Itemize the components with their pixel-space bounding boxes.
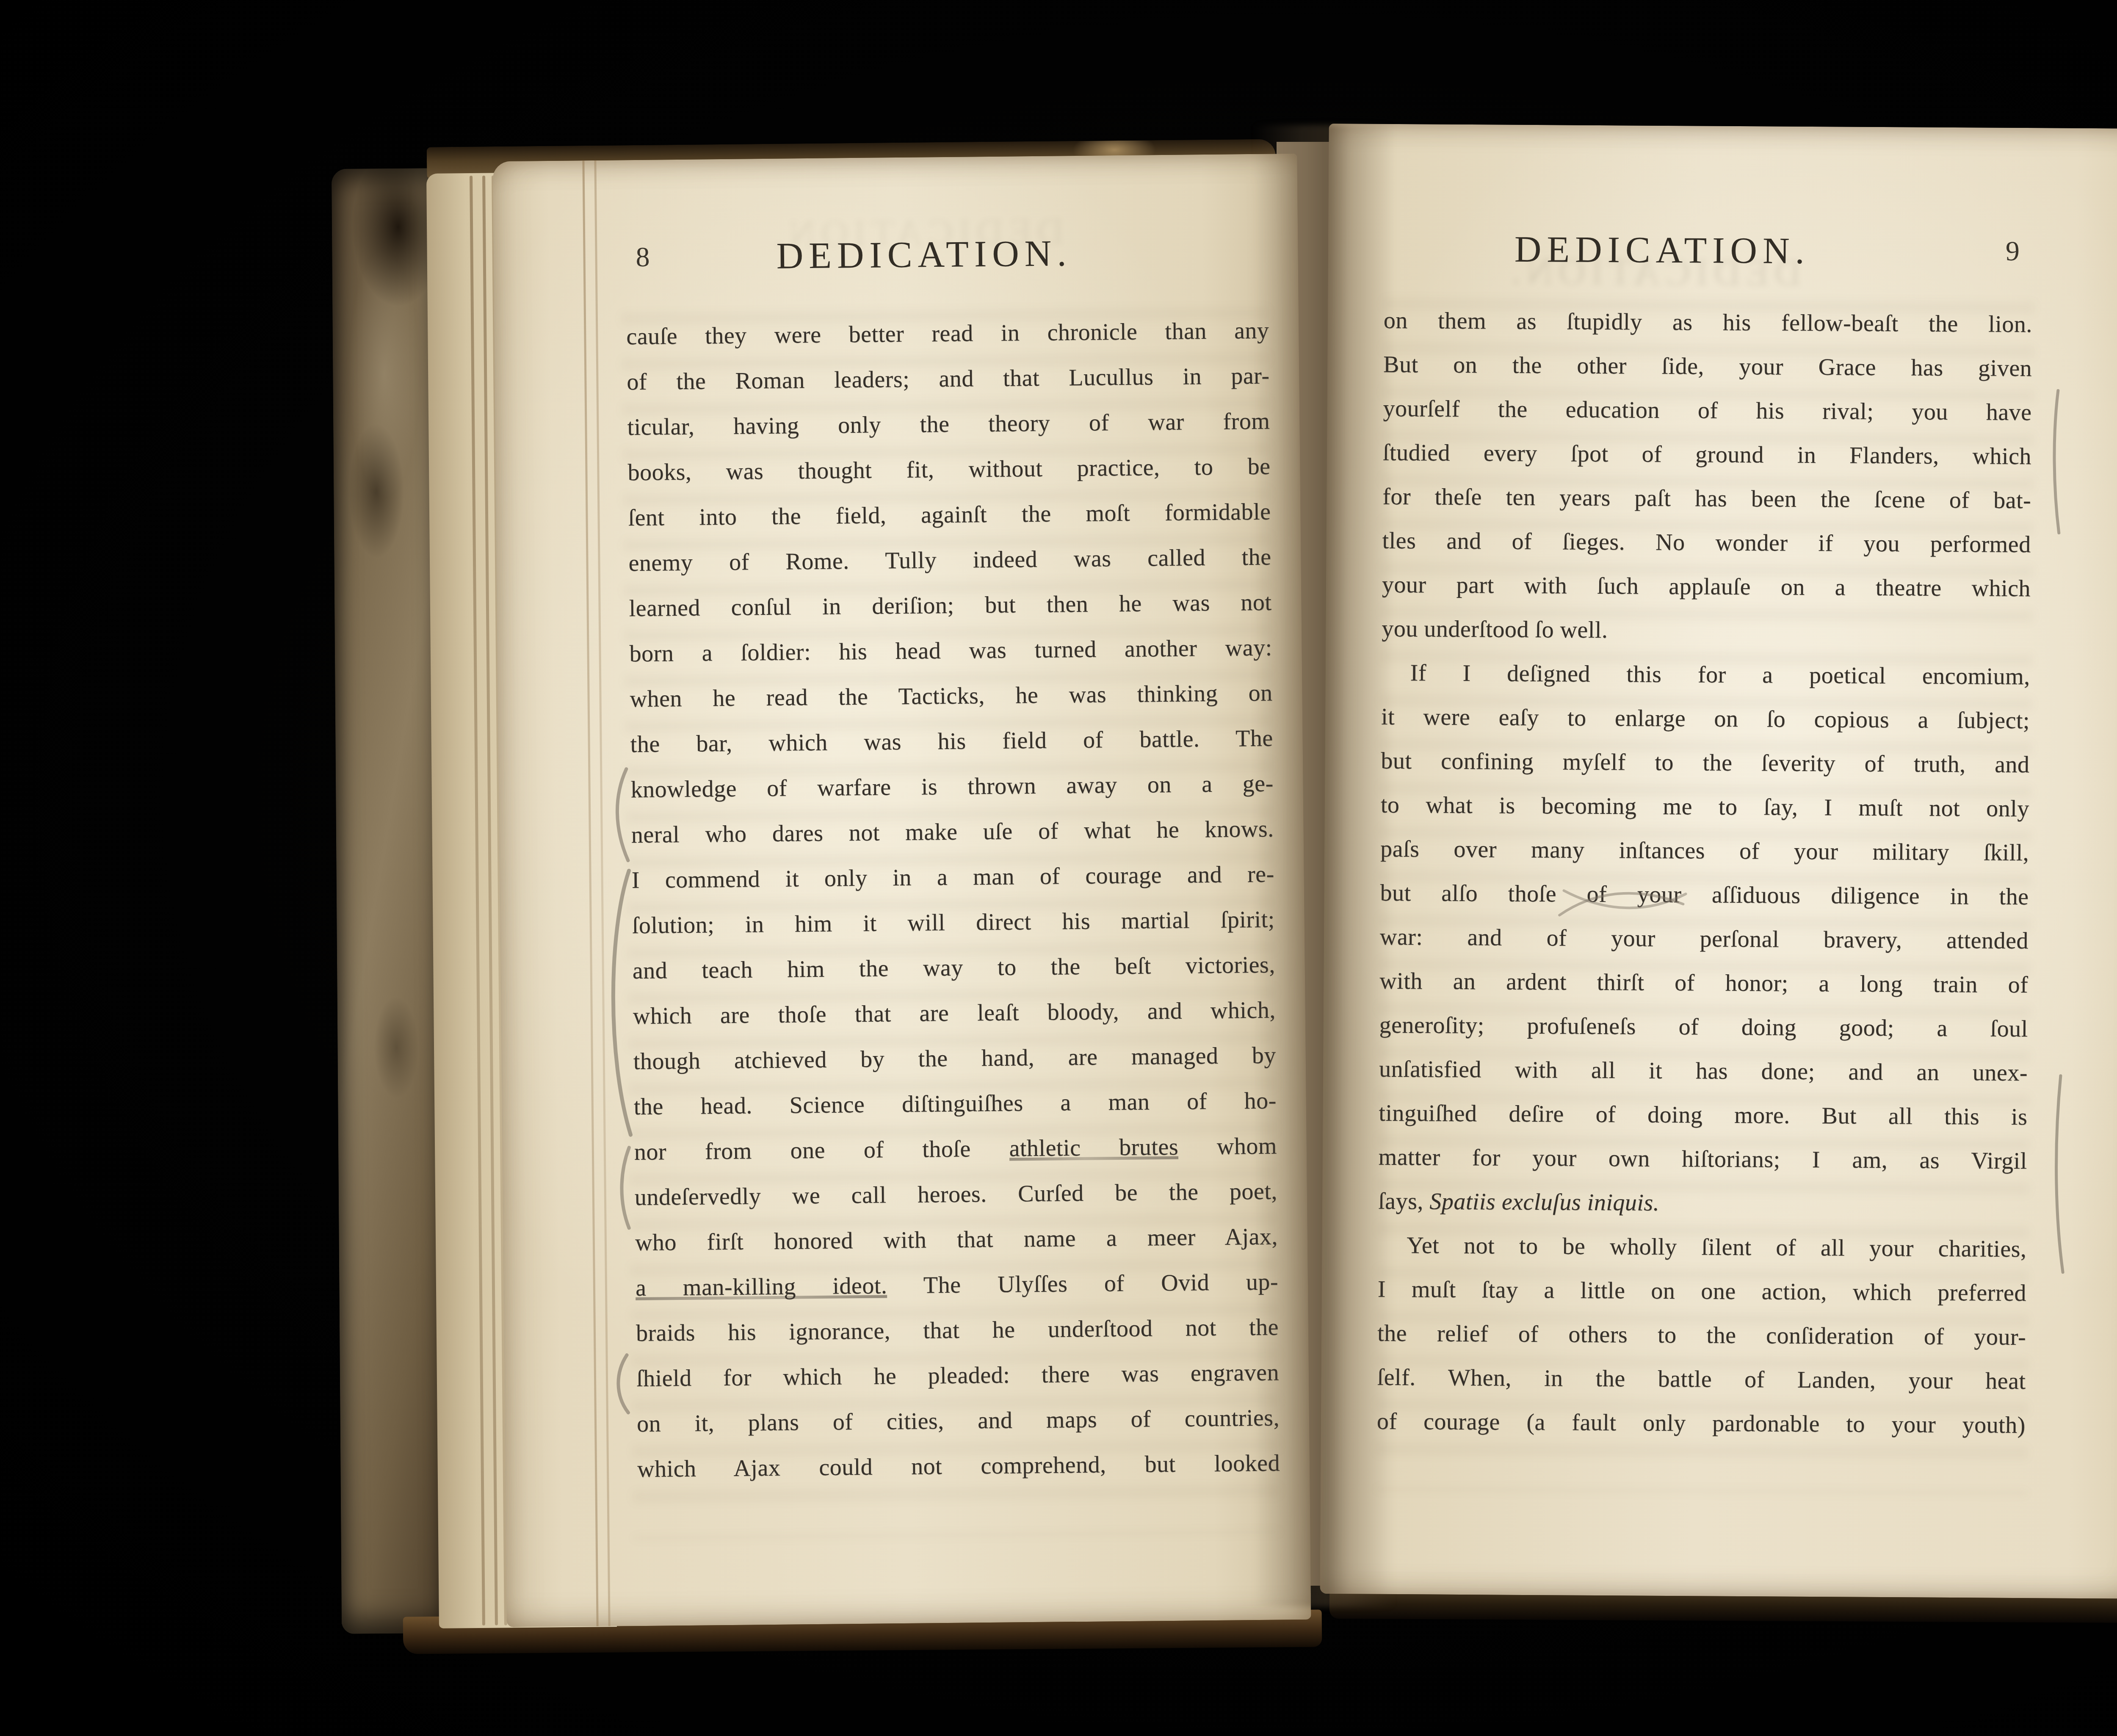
text-line: born a ſoldier: his head was turned anot… [629,625,1272,677]
text-segment: neral who dares not make uſe of what he … [631,816,1274,849]
pencil-margin-bracket [617,769,628,860]
text-line: generoſity; profuſeneſs of doing good; a… [1379,1003,2028,1051]
text-segment: ſhield for which he pleaded: there was e… [636,1360,1280,1392]
text-line: ſelf. When, in the battle of Landen, you… [1377,1355,2026,1403]
text-line: which Ajax could not comprehend, but loo… [637,1440,1280,1492]
page-number-left: 8 [636,241,651,274]
text-segment: I commend it only in a man of courage an… [631,861,1274,894]
text-line: on them as ſtupidly as his fellow-beaſt … [1383,299,2032,346]
text-line: enemy of Rome. Tully indeed was called t… [628,535,1271,586]
right-page: DEDICATION. DEDICATION. 9 on them as ſtu… [1320,124,2117,1599]
text-segment: The Ulyſſes of Ovid up- [887,1269,1278,1299]
text-line: tles and of ſieges. No wonder if you per… [1382,519,2031,567]
text-segment: for theſe ten years paſt has been the ſc… [1382,484,2031,514]
text-segment: matter for your own hiſtorians; I am, as… [1379,1144,2027,1174]
text-segment: Yet not to be wholly ſilent of all your … [1407,1232,2026,1262]
text-line: paſs over many inſtances of your militar… [1380,827,2029,875]
pencil-margin-bracket [622,1147,630,1228]
text-segment: when he read the Tacticks, he was thinki… [630,680,1273,713]
text-line: If I deſigned this for a poetical encomi… [1381,651,2030,699]
text-segment: ſtudied every ſpot of ground in Flanders… [1383,440,2031,470]
text-segment: though atchieved by the hand, are manage… [633,1042,1277,1075]
text-line: books, was thought fit, without practice… [627,444,1271,496]
text-segment: athletic brutes [1009,1134,1178,1162]
text-line: on it, plans of cities, and maps of coun… [637,1395,1280,1447]
pencil-margin-line [2056,1076,2064,1272]
text-segment: of courage (a fault only pardonable to y… [1377,1408,2026,1438]
running-head-right: DEDICATION. [1515,228,1810,273]
text-line: knowledge of warfare is thrown away on a… [630,761,1274,813]
text-segment: yourſelf the education of his rival; you… [1383,395,2031,426]
page-body-right: on them as ſtupidly as his fellow-beaſt … [1377,299,2032,1447]
text-segment: ſelf. When, in the battle of Landen, you… [1377,1364,2026,1394]
pencil-margin-paren [618,1355,628,1413]
text-line: which are thoſe that are leaſt bloody, a… [633,988,1276,1039]
text-segment: undeſervedly we call heroes. Curſed be t… [635,1178,1278,1211]
text-segment: I muſt ſtay a little on one action, whic… [1378,1276,2026,1306]
text-line: ſent into the field, againſt the moſt fo… [628,489,1271,541]
text-segment: a man-killing ideot. [636,1272,887,1301]
text-segment: ſays, [1378,1188,1430,1215]
text-line: for theſe ten years paſt has been the ſc… [1382,475,2031,522]
leaf-edge-line [594,160,610,1626]
text-segment: tinguiſhed deſire of doing more. But all… [1379,1100,2027,1130]
text-line: who firſt honored with that name a meer … [635,1214,1278,1266]
text-line: ſtudied every ſpot of ground in Flanders… [1383,431,2032,478]
text-segment: which are thoſe that are leaſt bloody, a… [633,997,1276,1030]
text-segment: enemy of Rome. Tully indeed was called t… [628,544,1271,577]
text-segment: your part with ſuch applauſe on a theatr… [1382,572,2031,602]
text-segment: books, was thought fit, without practice… [627,453,1271,486]
text-segment: unſatisfied with all it has done; and an… [1379,1056,2028,1086]
text-segment: braids his ignorance, that he underſtood… [636,1314,1279,1347]
text-line: when he read the Tacticks, he was thinki… [630,671,1273,722]
text-line: and teach him the way to the beſt victor… [632,943,1275,994]
text-line: the bar, which was his field of battle. … [630,716,1273,768]
text-segment: ticular, having only the theory of war f… [627,408,1270,441]
text-line: nor from one of thoſe athletic brutes wh… [634,1124,1277,1175]
page-body-left: cauſe they were better read in chronicle… [626,308,1280,1492]
text-segment: which Ajax could not comprehend, but loo… [637,1450,1280,1482]
text-line: of courage (a fault only pardonable to y… [1377,1399,2026,1447]
text-segment: ſolution; in him it will direct his mart… [632,907,1275,939]
text-line: neral who dares not make uſe of what he … [631,807,1274,858]
text-segment: of the Roman leaders; and that Lucullus … [627,363,1270,395]
text-line: though atchieved by the hand, are manage… [633,1033,1276,1085]
text-line: war: and of your perſonal bravery, atten… [1380,915,2029,963]
text-line: you underſtood ſo well. [1382,607,2031,655]
text-line: ſays, Spatiis excluſus iniquis. [1378,1179,2027,1227]
text-segment: knowledge of warfare is thrown away on a… [630,771,1274,803]
text-segment: cauſe they were better read in chronicle… [626,318,1269,350]
text-segment: the head. Science diſtinguiſhes a man of… [634,1088,1277,1120]
text-line: yourſelf the education of his rival; you… [1383,387,2032,434]
text-segment: generoſity; profuſeneſs of doing good; a… [1379,1012,2028,1042]
text-line: I muſt ſtay a little on one action, whic… [1377,1267,2026,1315]
text-line: your part with ſuch applauſe on a theatr… [1382,563,2031,611]
book-photograph: DEDICATION. 8 DEDICATION. cauſe they wer… [0,0,2117,1736]
text-segment: war: and of your perſonal bravery, atten… [1380,924,2029,954]
text-segment: the relief of others to the conſideratio… [1377,1320,2026,1350]
text-segment: If I deſigned this for a poetical encomi… [1410,660,2030,690]
text-segment: ſent into the field, againſt the moſt fo… [628,499,1271,531]
text-segment: But on the other ſide, your Grace has gi… [1383,351,2032,381]
text-line: Yet not to be wholly ſilent of all your … [1378,1223,2027,1271]
text-segment: but alſo thoſe of your aſſiduous diligen… [1380,880,2029,910]
text-segment: learned conſul in deriſion; but then he … [629,589,1272,622]
text-line: braids his ignorance, that he underſtood… [636,1305,1279,1357]
text-line: it were eaſy to enlarge on ſo copious a … [1381,695,2030,743]
text-segment: who firſt honored with that name a meer … [635,1224,1278,1256]
text-line: the relief of others to the conſideratio… [1377,1311,2026,1359]
text-segment: you underſtood ſo well. [1382,616,1608,643]
text-line: the head. Science diſtinguiſhes a man of… [633,1078,1277,1130]
text-line: a man-killing ideot. The Ulyſſes of Ovid… [635,1260,1278,1311]
text-line: ſhield for which he pleaded: there was e… [636,1350,1280,1402]
text-segment: tles and of ſieges. No wonder if you per… [1382,528,2031,558]
text-segment: paſs over many inſtances of your militar… [1380,836,2029,866]
text-line: of the Roman leaders; and that Lucullus … [627,354,1270,405]
text-segment: on it, plans of cities, and maps of coun… [637,1404,1280,1437]
text-line: But on the other ſide, your Grace has gi… [1383,343,2032,390]
pencil-margin-bracket [612,871,631,1135]
text-segment: on them as ſtupidly as his fellow-beaſt … [1384,307,2032,337]
text-segment: the bar, which was his field of battle. … [630,725,1273,758]
pencil-margin-line [2054,391,2060,533]
text-segment: Spatiis excluſus iniquis. [1429,1189,1659,1216]
text-line: undeſervedly we call heroes. Curſed be t… [634,1169,1277,1221]
text-line: ſolution; in him it will direct his mart… [632,897,1275,949]
text-line: to what is becoming me to ſay, I muſt no… [1380,783,2029,831]
text-segment: born a ſoldier: his head was turned anot… [629,635,1272,667]
text-line: cauſe they were better read in chronicle… [626,308,1269,360]
text-segment: it were eaſy to enlarge on ſo copious a … [1381,704,2030,734]
page-edge-line [470,176,485,1625]
page-number-right: 9 [2006,235,2020,268]
text-segment: with an ardent thirſt of honor; a long t… [1379,968,2028,998]
text-line: with an ardent thirſt of honor; a long t… [1379,959,2029,1007]
text-line: learned conſul in deriſion; but then he … [629,580,1272,632]
text-segment: but confining myſelf to the ſeverity of … [1381,748,2029,778]
running-head-left: DEDICATION. [776,232,1072,278]
text-segment: and teach him the way to the beſt victor… [632,952,1275,984]
text-segment: whom [1178,1133,1277,1160]
text-segment: nor from one of thoſe [634,1136,1009,1165]
text-segment: to what is becoming me to ſay, I muſt no… [1381,792,2029,822]
text-line: matter for your own hiſtorians; I am, as… [1378,1135,2027,1183]
text-line: unſatisfied with all it has done; and an… [1379,1047,2028,1095]
text-line: but alſo thoſe of your aſſiduous diligen… [1380,871,2029,919]
text-line: but confining myſelf to the ſeverity of … [1381,739,2030,787]
left-page: DEDICATION. 8 DEDICATION. cauſe they wer… [492,154,1311,1627]
text-line: ticular, having only the theory of war f… [627,399,1270,451]
text-line: tinguiſhed deſire of doing more. But all… [1379,1091,2028,1139]
text-line: I commend it only in a man of courage an… [631,852,1274,904]
